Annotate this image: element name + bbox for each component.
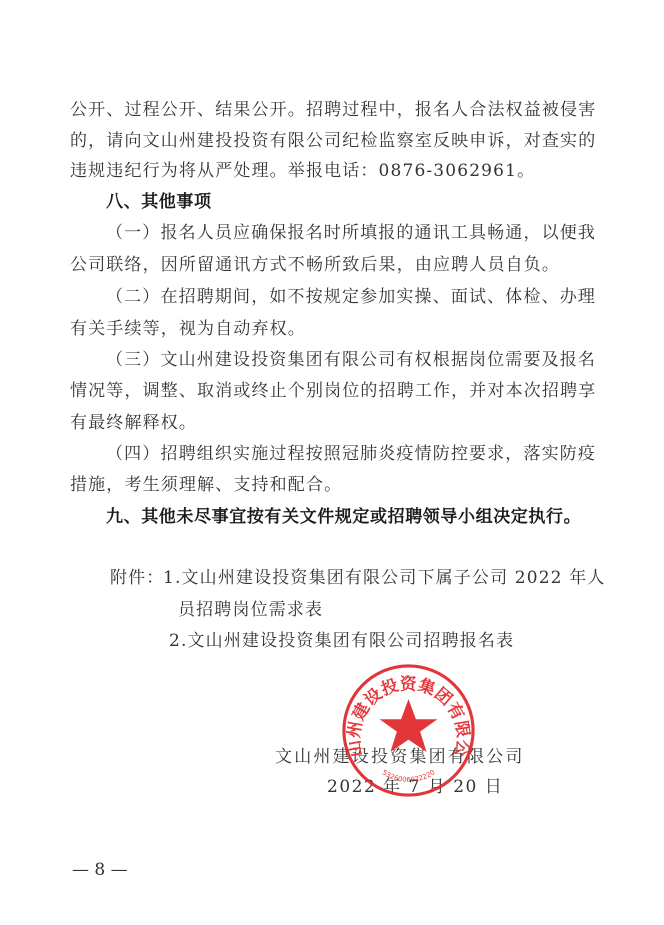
item-line: （一）报名人员应确保报名时所填报的通讯工具畅通，以便我 bbox=[106, 222, 596, 244]
svg-text:文山州建设投资集团有限公司: 文山州建设投资集团有限公司 bbox=[340, 662, 473, 759]
body-line: 公开、过程公开、结果公开。招聘过程中，报名人合法权益被侵害 bbox=[70, 99, 596, 121]
seal-text: 文山州建设投资集团有限公司 bbox=[340, 662, 473, 759]
section-heading-8: 八、其他事项 bbox=[106, 191, 212, 213]
signature-date: 2022 年 7 月 20 日 bbox=[327, 776, 503, 798]
item-line: （二）在招聘期间，如不按规定参加实操、面试、体检、办理 bbox=[106, 286, 596, 308]
body-line: 的，请向文山州建投投资有限公司纪检监察室反映申诉，对查实的 bbox=[70, 130, 596, 152]
item-line: 有关手续等，视为自动弃权。 bbox=[70, 318, 306, 340]
signature-organization: 文山州建设投资集团有限公司 bbox=[275, 746, 525, 768]
item-line: 公司联络，因所留通讯方式不畅所致后果，由应聘人员自负。 bbox=[70, 254, 560, 276]
item-line: 措施，考生须理解、支持和配合。 bbox=[70, 474, 342, 496]
item-line: 有最终解释权。 bbox=[70, 412, 197, 434]
body-line: 违规违纪行为将从严处理。举报电话：0876-3062961。 bbox=[70, 160, 535, 182]
attachments-label: 附件： bbox=[110, 567, 164, 589]
document-page: 公开、过程公开、结果公开。招聘过程中，报名人合法权益被侵害 的，请向文山州建投投… bbox=[0, 0, 664, 925]
star-icon bbox=[380, 699, 438, 752]
section-heading-9: 九、其他未尽事宜按有关文件规定或招聘领导小组决定执行。 bbox=[106, 506, 581, 528]
item-line: （四）招聘组织实施过程按照冠肺炎疫情防控要求，落实防疫 bbox=[106, 443, 596, 465]
attachment-item: 1.文山州建设投资集团有限公司下属子公司 2022 年人 bbox=[163, 567, 606, 589]
item-line: （三）文山州建设投资集团有限公司有权根据岗位需要及报名 bbox=[106, 349, 596, 371]
item-line: 情况等，调整、取消或终止个别岗位的招聘工作，并对本次招聘享 bbox=[70, 380, 596, 402]
attachment-item: 2.文山州建设投资集团有限公司招聘报名表 bbox=[169, 630, 514, 652]
page-number: — 8 — bbox=[72, 859, 128, 881]
attachment-item: 员招聘岗位需求表 bbox=[178, 599, 323, 621]
